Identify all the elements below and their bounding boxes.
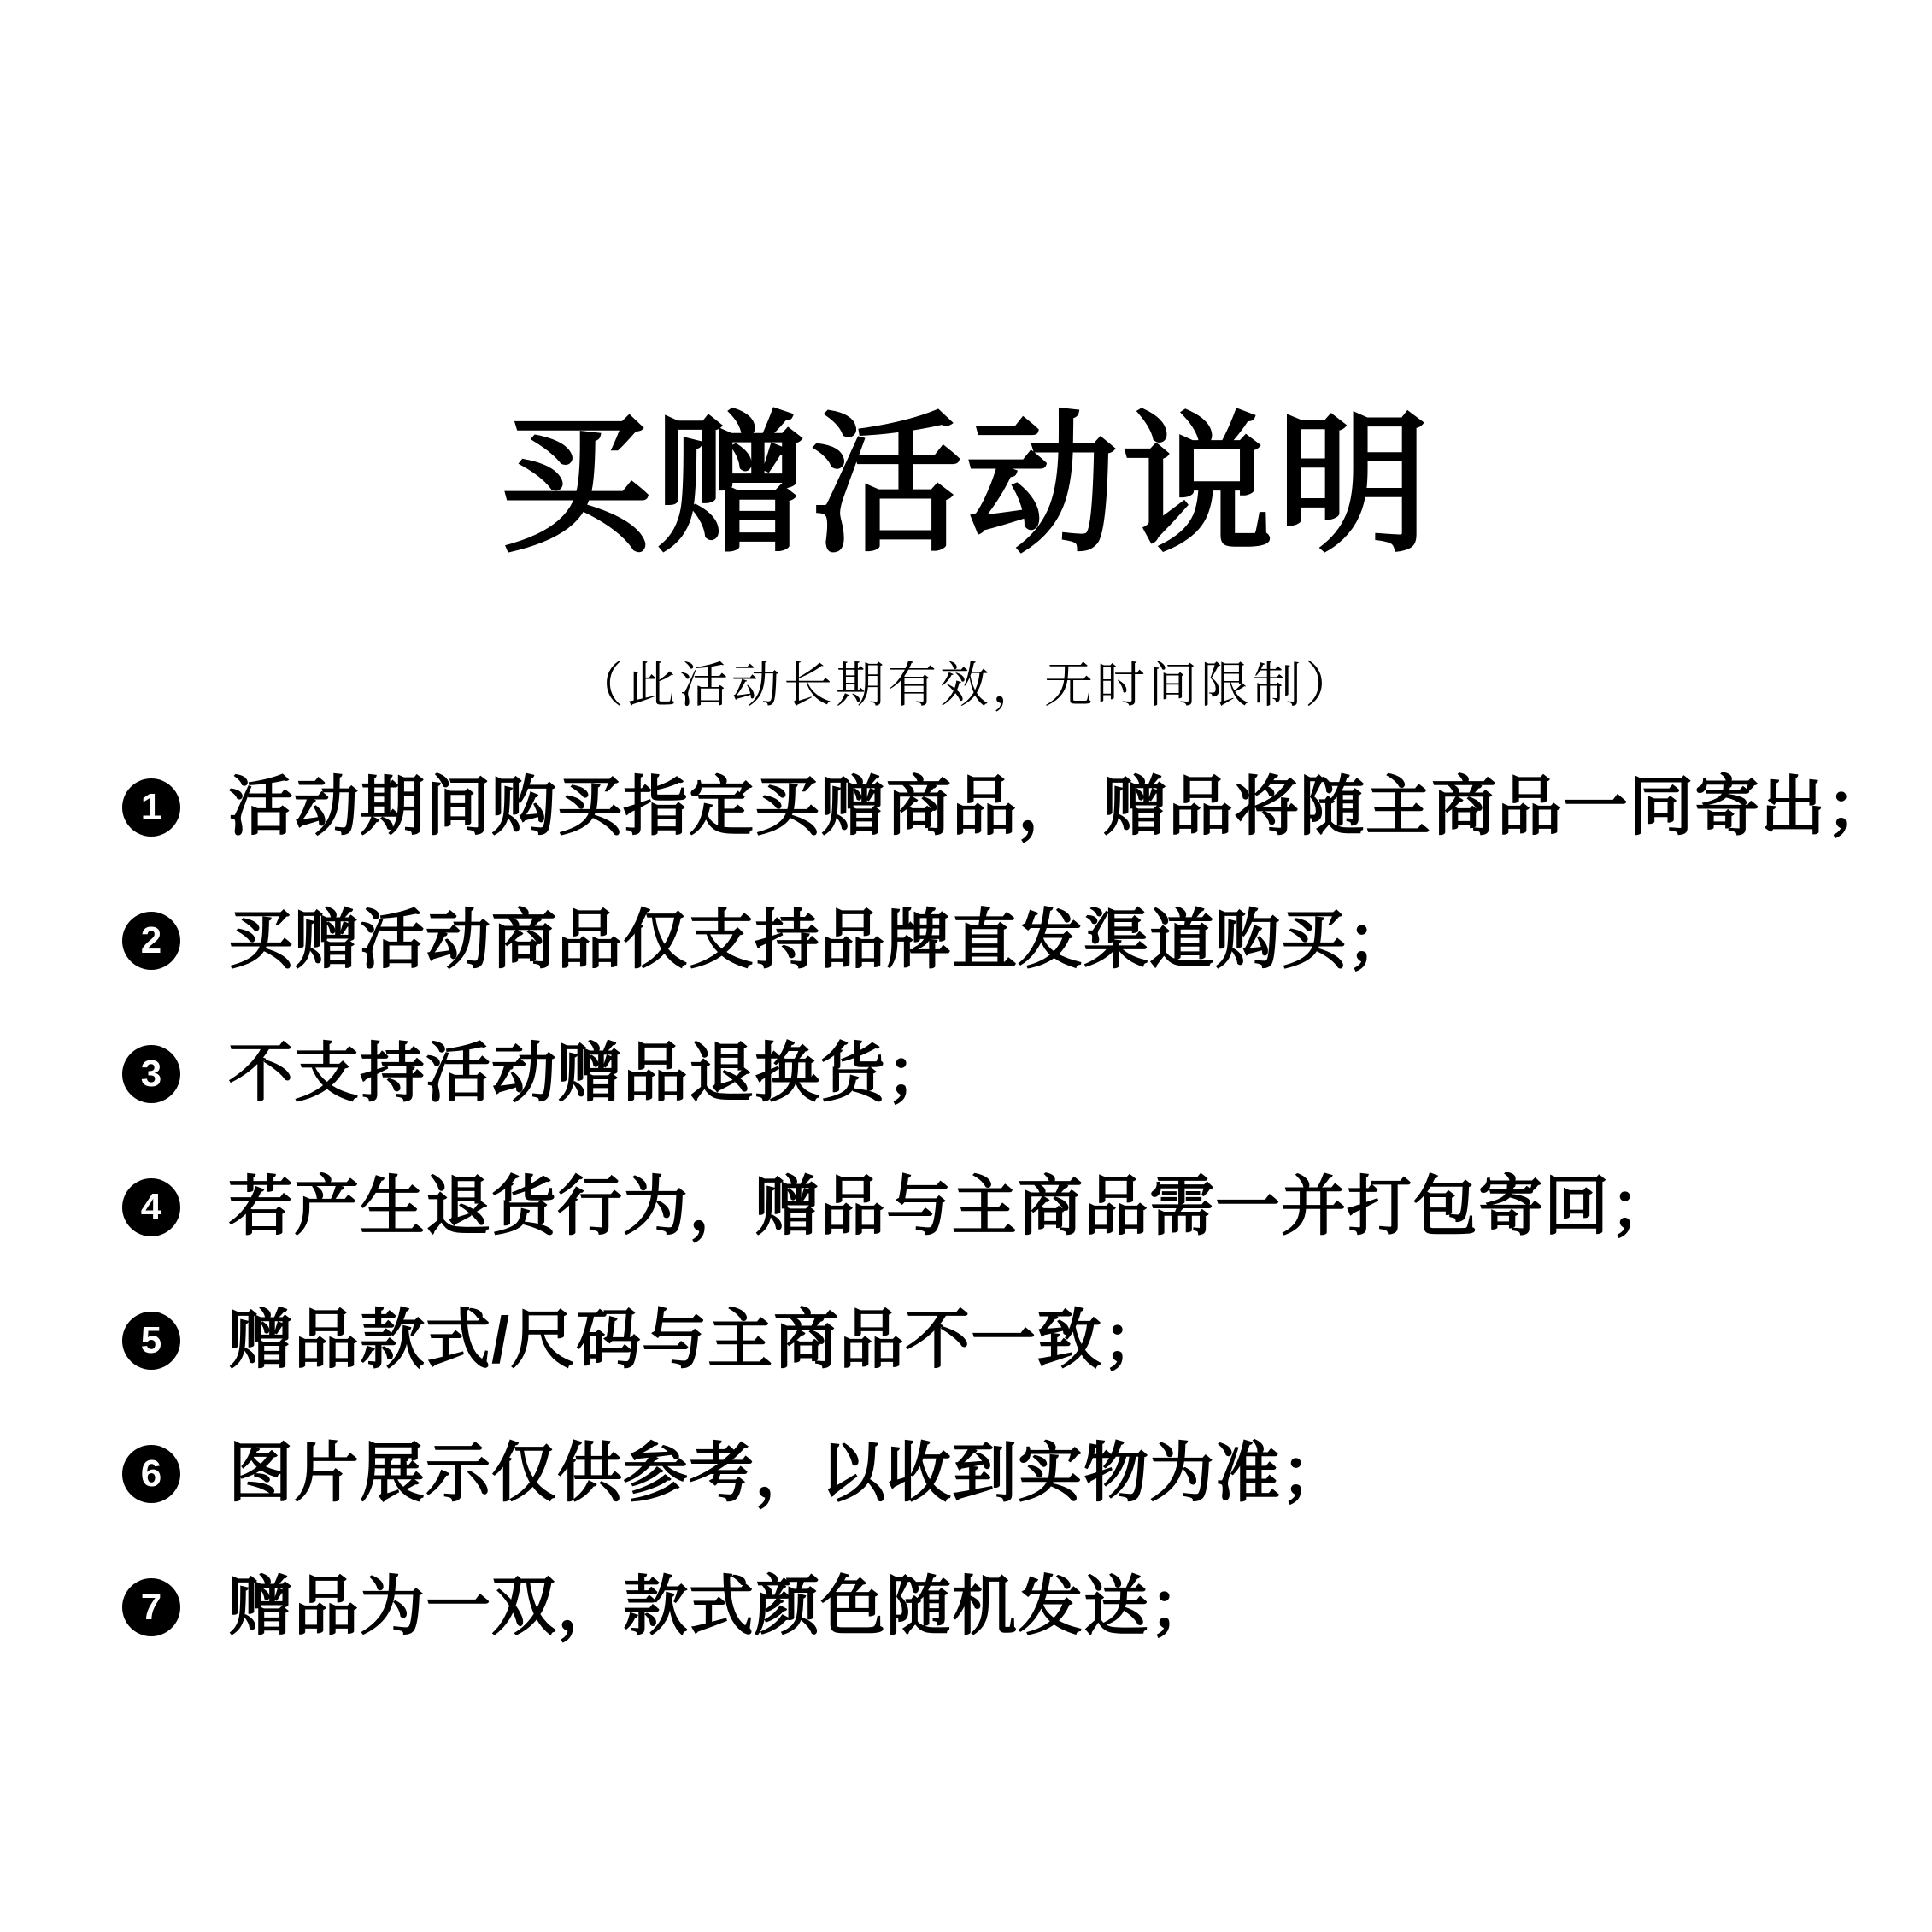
number-badge-1: 1 — [122, 778, 180, 837]
number-badge-3: 3 — [122, 1045, 180, 1103]
buy-gift-activity-notice: 买赠活动说明 （此活动长期有效，无时间限制） 1 活动期间购买指定买赠商品， 赠… — [0, 0, 1932, 1932]
number-badge-5: 5 — [122, 1312, 180, 1370]
rule-text-6: 图片展示仅供参考，以收到实物为准； — [228, 1440, 1347, 1508]
rule-text-1: 活动期间购买指定买赠商品， 赠品将随主商品一同寄出； — [228, 773, 1892, 842]
rules-list: 1 活动期间购买指定买赠商品， 赠品将随主商品一同寄出； 2 买赠活动商品仅支持… — [122, 771, 1864, 1704]
rule-item-5: 5 赠品款式/尺码与主商品不一致； — [122, 1304, 1864, 1377]
number-badge-7: 7 — [122, 1578, 180, 1636]
rule-text-7: 赠品为一双，款式颜色随机发送； — [228, 1573, 1215, 1641]
rule-item-3: 3 不支持活动赠品退换货； — [122, 1037, 1864, 1111]
rule-text-4: 若产生退货行为，赠品与主商品需一并打包寄回； — [228, 1173, 1676, 1242]
number-badge-4: 4 — [122, 1178, 180, 1236]
page-title: 买赠活动说明 — [0, 402, 1932, 569]
rule-text-3: 不支持活动赠品退换货； — [228, 1040, 952, 1108]
page-subtitle: （此活动长期有效，无时间限制） — [0, 656, 1932, 714]
number-badge-2: 2 — [122, 912, 180, 970]
rule-item-4: 4 若产生退货行为，赠品与主商品需一并打包寄回； — [122, 1171, 1864, 1244]
rule-item-2: 2 买赠活动商品仅支持品牌直发渠道购买； — [122, 904, 1864, 978]
number-badge-6: 6 — [122, 1445, 180, 1503]
rule-item-1: 1 活动期间购买指定买赠商品， 赠品将随主商品一同寄出； — [122, 771, 1864, 844]
rule-item-7: 7 赠品为一双，款式颜色随机发送； — [122, 1571, 1864, 1644]
rule-text-2: 买赠活动商品仅支持品牌直发渠道购买； — [228, 907, 1412, 975]
rule-text-5: 赠品款式/尺码与主商品不一致； — [228, 1307, 1168, 1375]
rule-item-6: 6 图片展示仅供参考，以收到实物为准； — [122, 1437, 1864, 1511]
